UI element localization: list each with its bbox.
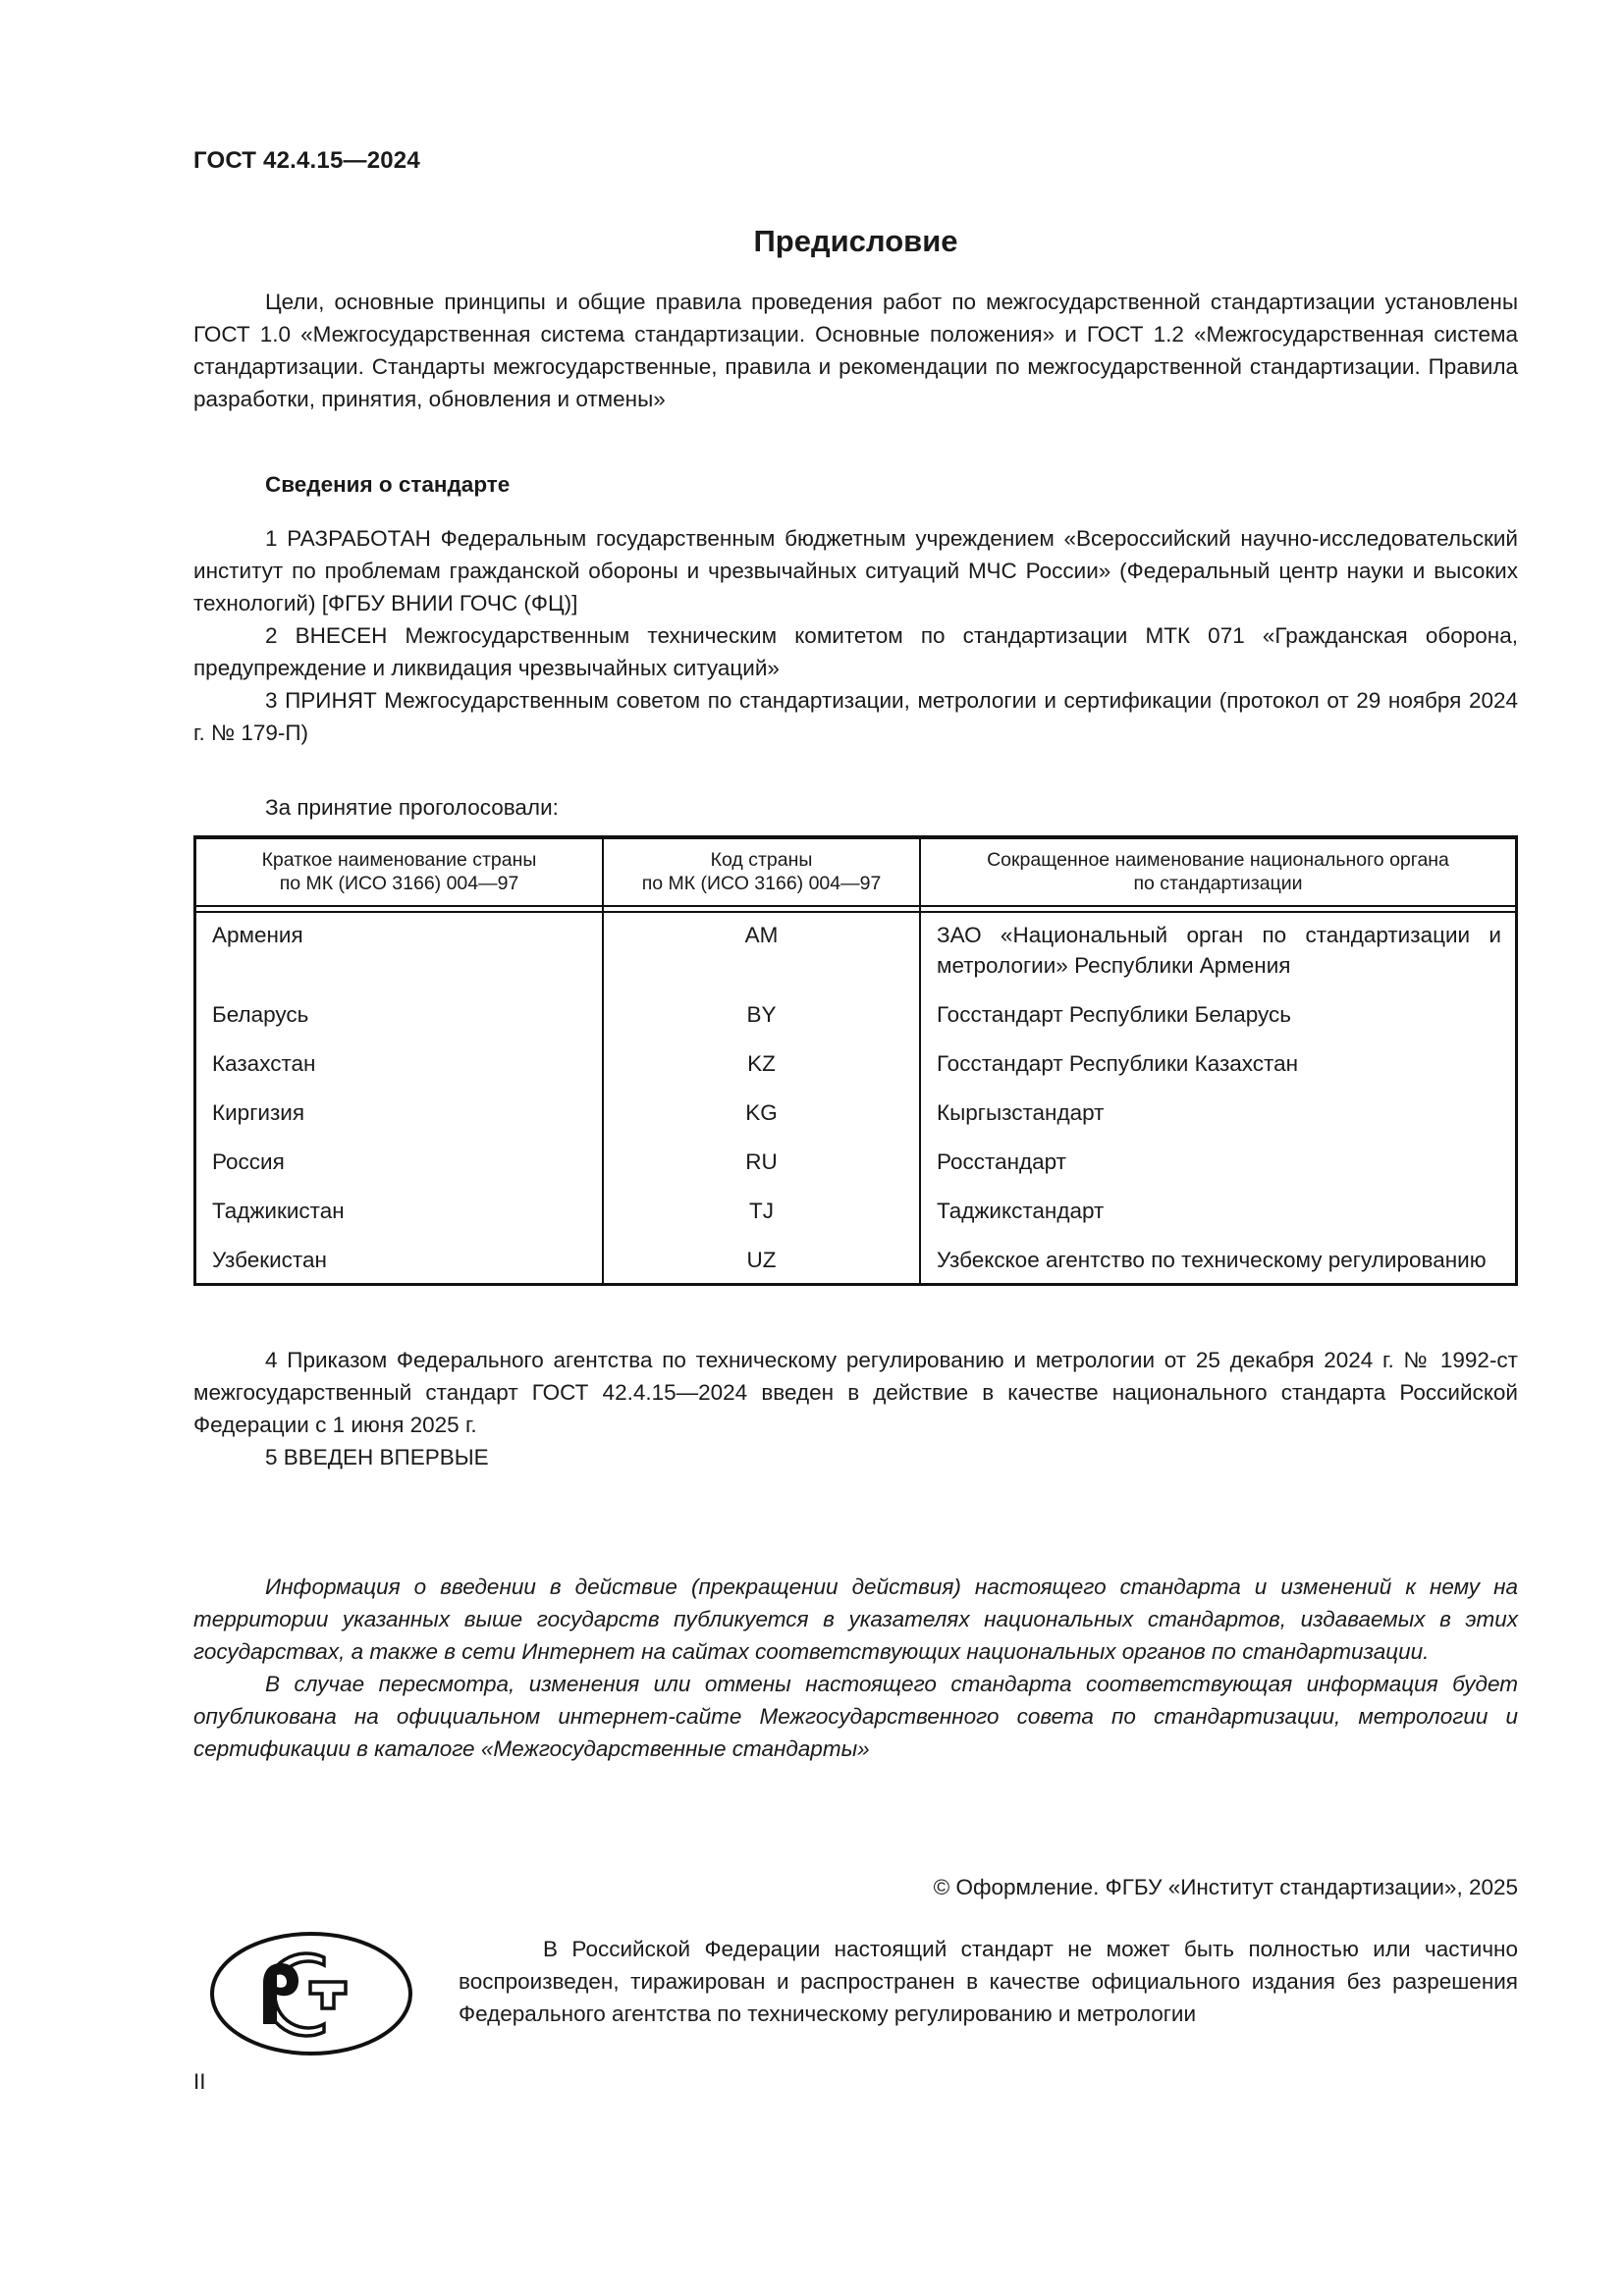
code-cell: BY	[603, 992, 920, 1041]
country-cell: Таджикистан	[195, 1189, 604, 1238]
country-cell: Армения	[195, 912, 604, 992]
code-cell: KG	[603, 1091, 920, 1140]
country-cell: Россия	[195, 1140, 604, 1189]
intro-paragraph: Цели, основные принципы и общие правила …	[193, 286, 1518, 415]
country-cell: Казахстан	[195, 1041, 604, 1091]
table-row: АрменияAMЗАО «Национальный орган по стан…	[195, 912, 1517, 992]
after-table-section: 4 Приказом Федерального агентства по тех…	[193, 1344, 1518, 1473]
votes-table-body: АрменияAMЗАО «Национальный орган по стан…	[195, 906, 1517, 1285]
standards-body-cell: Кыргызстандарт	[920, 1091, 1517, 1140]
table-row: УзбекистанUZУзбекское агентство по техни…	[195, 1238, 1517, 1285]
code-cell: RU	[603, 1140, 920, 1189]
table-row: РоссияRUРосстандарт	[195, 1140, 1517, 1189]
table-header-row: Краткое наименование страныпо МК (ИСО 31…	[195, 837, 1517, 906]
table-row: БеларусьBYГосстандарт Республики Беларус…	[195, 992, 1517, 1041]
code-cell: UZ	[603, 1238, 920, 1285]
standards-body-cell: Таджикстандарт	[920, 1189, 1517, 1238]
about-item-3: 3 ПРИНЯТ Межгосударственным советом по с…	[193, 684, 1518, 749]
votes-table: Краткое наименование страныпо МК (ИСО 31…	[193, 835, 1518, 1286]
pct-certification-mark-icon	[208, 1930, 414, 2057]
about-heading: Сведения о стандарте	[265, 472, 510, 498]
document-code: ГОСТ 42.4.15—2024	[193, 147, 420, 175]
column-header-country: Краткое наименование страныпо МК (ИСО 31…	[195, 837, 604, 906]
column-header-body: Сокращенное наименование национального о…	[920, 837, 1517, 906]
code-cell: KZ	[603, 1041, 920, 1091]
info-paragraph-1: Информация о введении в действие (прекра…	[193, 1571, 1518, 1668]
standards-body-cell: ЗАО «Национальный орган по стандартизаци…	[920, 912, 1517, 992]
table-row: КазахстанKZГосстандарт Республики Казахс…	[195, 1041, 1517, 1091]
code-cell: AM	[603, 912, 920, 992]
reproduction-notice: В Российской Федерации настоящий стандар…	[459, 1933, 1518, 2030]
country-cell: Киргизия	[195, 1091, 604, 1140]
item-5: 5 ВВЕДЕН ВПЕРВЫЕ	[193, 1441, 1518, 1473]
item-4: 4 Приказом Федерального агентства по тех…	[193, 1344, 1518, 1441]
code-cell: TJ	[603, 1189, 920, 1238]
intro-section: Цели, основные принципы и общие правила …	[193, 286, 1518, 415]
standards-body-cell: Госстандарт Республики Беларусь	[920, 992, 1517, 1041]
country-cell: Беларусь	[195, 992, 604, 1041]
about-item-1: 1 РАЗРАБОТАН Федеральным государственным…	[193, 522, 1518, 619]
notice-paragraph: В Российской Федерации настоящий стандар…	[459, 1933, 1518, 2030]
page-number: II	[193, 2069, 206, 2095]
copyright-line: © Оформление. ФГБУ «Институт стандартиза…	[934, 1875, 1518, 1900]
standards-body-cell: Росстандарт	[920, 1140, 1517, 1189]
info-paragraph-2: В случае пересмотра, изменения или отмен…	[193, 1668, 1518, 1765]
column-header-code: Код страныпо МК (ИСО 3166) 004—97	[603, 837, 920, 906]
table-row: КиргизияKGКыргызстандарт	[195, 1091, 1517, 1140]
info-section: Информация о введении в действие (прекра…	[193, 1571, 1518, 1765]
table-row: ТаджикистанTJТаджикстандарт	[195, 1189, 1517, 1238]
about-item-2: 2 ВНЕСЕН Межгосударственным техническим …	[193, 619, 1518, 684]
standards-body-cell: Узбекское агентство по техническому регу…	[920, 1238, 1517, 1285]
country-cell: Узбекистан	[195, 1238, 604, 1285]
about-items: 1 РАЗРАБОТАН Федеральным государственным…	[193, 522, 1518, 749]
votes-label: За принятие проголосовали:	[265, 795, 559, 821]
page-title: Предисловие	[193, 224, 1518, 259]
standards-body-cell: Госстандарт Республики Казахстан	[920, 1041, 1517, 1091]
